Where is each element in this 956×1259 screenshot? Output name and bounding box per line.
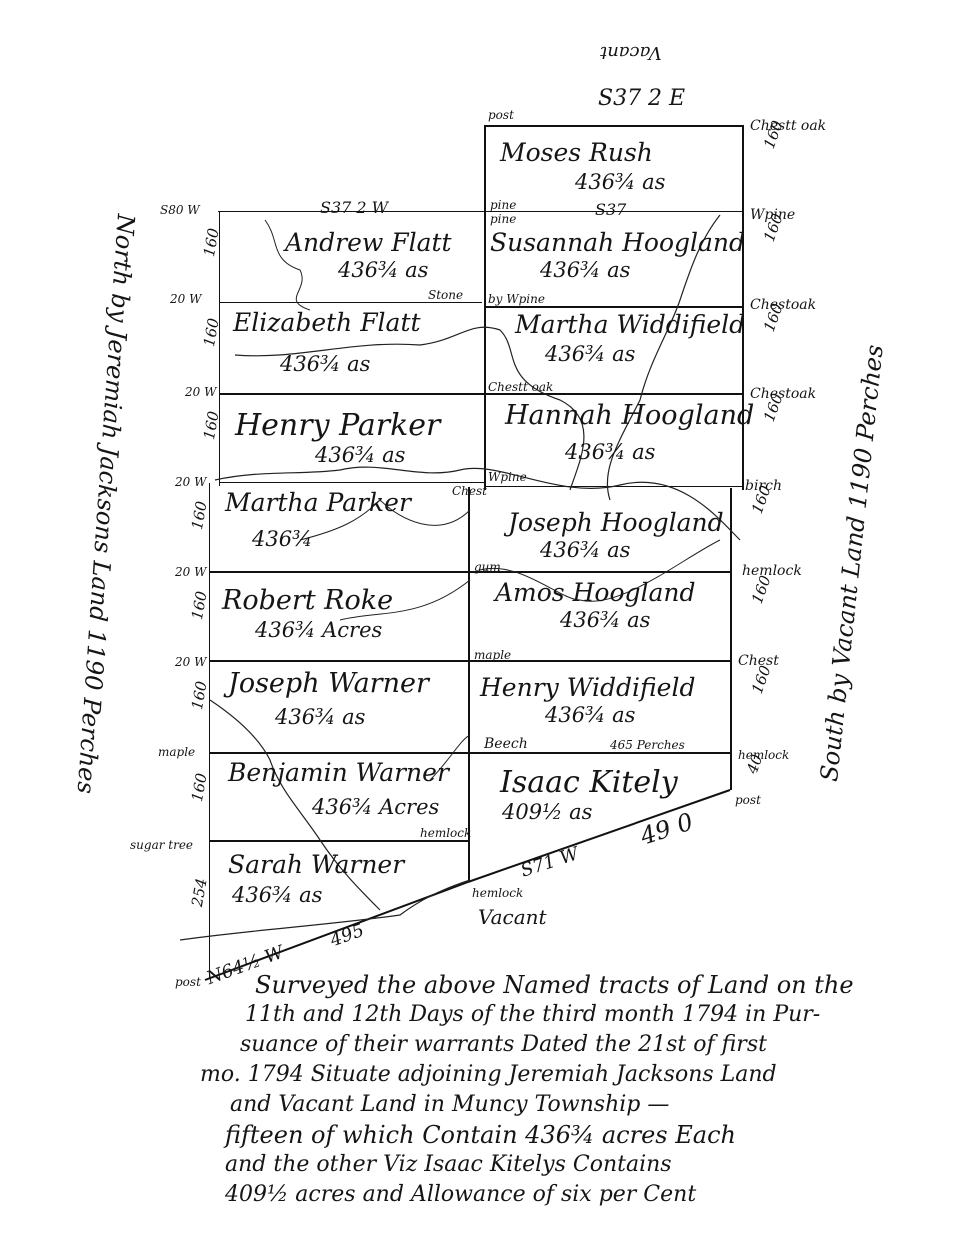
- left-corner-label: sugar tree: [130, 838, 193, 852]
- tract-acres: 436¾ as: [560, 608, 650, 632]
- tract-susannah-hoogland: Susannah Hoogland: [490, 228, 745, 257]
- tract-acres: 409½ as: [502, 800, 592, 824]
- corner-label-beech: Beech: [484, 736, 528, 752]
- corner-label-wpine: Wpine: [488, 470, 527, 484]
- bearing-s37-lower: S37: [595, 200, 626, 219]
- tract-sarah-warner: Sarah Warner: [228, 850, 404, 879]
- tract-hannah-hoogland: Hannah Hoogland: [505, 400, 754, 431]
- survey-note: Surveyed the above Named tracts of Land …: [220, 970, 956, 1210]
- tract-joseph-warner: Joseph Warner: [228, 668, 429, 699]
- corner-label-hemlock: hemlock: [420, 826, 471, 840]
- tract-acres: 436¾ as: [575, 170, 665, 194]
- tract-acres: 436¾: [252, 527, 312, 551]
- tract-acres: 436¾ as: [280, 352, 370, 376]
- tract-acres: 436¾ as: [565, 440, 655, 464]
- tract-acres: 436¾ as: [540, 538, 630, 562]
- corner-label-pine: pine: [490, 198, 516, 212]
- survey-note-line: fifteen of which Contain 436¾ acres Each: [220, 1120, 956, 1150]
- survey-note-line: mo. 1794 Situate adjoining Jeremiah Jack…: [200, 1060, 956, 1090]
- tract-henry-parker: Henry Parker: [235, 408, 440, 443]
- corner-label-hemlock: hemlock: [472, 886, 523, 900]
- left-corner-label: S80 W: [160, 203, 200, 217]
- tract-amos-hoogland: Amos Hoogland: [495, 578, 696, 607]
- left-corner-label: maple: [158, 745, 195, 759]
- perches-note: 465 Perches: [610, 738, 685, 752]
- left-corner-label: 20 W: [175, 475, 206, 489]
- right-label: post: [735, 793, 761, 807]
- tract-moses-rush: Moses Rush: [500, 138, 653, 167]
- tract-martha-widdifield: Martha Widdifield: [515, 310, 745, 339]
- tract-joseph-hoogland: Joseph Hoogland: [508, 508, 724, 537]
- tract-acres: 436¾ as: [338, 258, 428, 282]
- tract-acres: 436¾ as: [545, 703, 635, 727]
- left-corner-label: 20 W: [175, 655, 206, 669]
- tract-acres: 436¾ Acres: [312, 795, 439, 819]
- corner-label-gum: gum: [474, 560, 501, 574]
- tract-acres: 436¾ as: [540, 258, 630, 282]
- right-label: Chestt oak: [750, 118, 826, 134]
- corner-label-by-wpine: by Wpine: [488, 292, 545, 306]
- corner-label-chestoak: Chestt oak: [488, 380, 553, 394]
- tract-acres: 436¾ as: [232, 883, 322, 907]
- tract-acres: 436¾ Acres: [255, 618, 382, 642]
- survey-note-line: suance of their warrants Dated the 21st …: [220, 1030, 956, 1060]
- tract-benjamin-warner: Benjamin Warner: [228, 758, 449, 787]
- survey-note-line: 11th and 12th Days of the third month 17…: [220, 1000, 956, 1030]
- left-corner-label: 20 W: [170, 292, 201, 306]
- tract-martha-parker: Martha Parker: [225, 488, 411, 517]
- survey-note-line: 409½ acres and Allowance of six per Cent: [220, 1180, 956, 1210]
- tract-andrew-flatt: Andrew Flatt: [285, 228, 452, 257]
- survey-note-line: and Vacant Land in Muncy Township —: [220, 1090, 956, 1120]
- corner-label-pine: pine: [490, 212, 516, 226]
- left-corner-label: post: [175, 975, 201, 989]
- tract-robert-roke: Robert Roke: [222, 585, 393, 616]
- tract-acres: 436¾ as: [275, 705, 365, 729]
- tract-henry-widdifield: Henry Widdifield: [480, 673, 695, 702]
- tract-acres: 436¾ as: [315, 443, 405, 467]
- left-corner-label: 20 W: [185, 385, 216, 399]
- corner-label-maple: maple: [474, 648, 511, 662]
- tract-acres: 436¾ as: [545, 342, 635, 366]
- survey-note-line: and the other Viz Isaac Kitelys Contains: [220, 1150, 956, 1180]
- vacant-label-bottom: Vacant: [478, 905, 547, 929]
- corner-label-chest: Chest: [452, 484, 487, 498]
- right-label: hemlock: [742, 563, 802, 579]
- tract-elizabeth-flatt: Elizabeth Flatt: [233, 308, 421, 337]
- corner-label-stone: Stone: [428, 288, 463, 302]
- left-corner-label: 20 W: [175, 565, 206, 579]
- survey-note-line: Surveyed the above Named tracts of Land …: [220, 970, 956, 1000]
- bearing-s37-mid: S37 2 W: [320, 198, 388, 217]
- tract-isaac-kitely: Isaac Kitely: [500, 765, 678, 800]
- corner-label-post: post: [488, 108, 514, 122]
